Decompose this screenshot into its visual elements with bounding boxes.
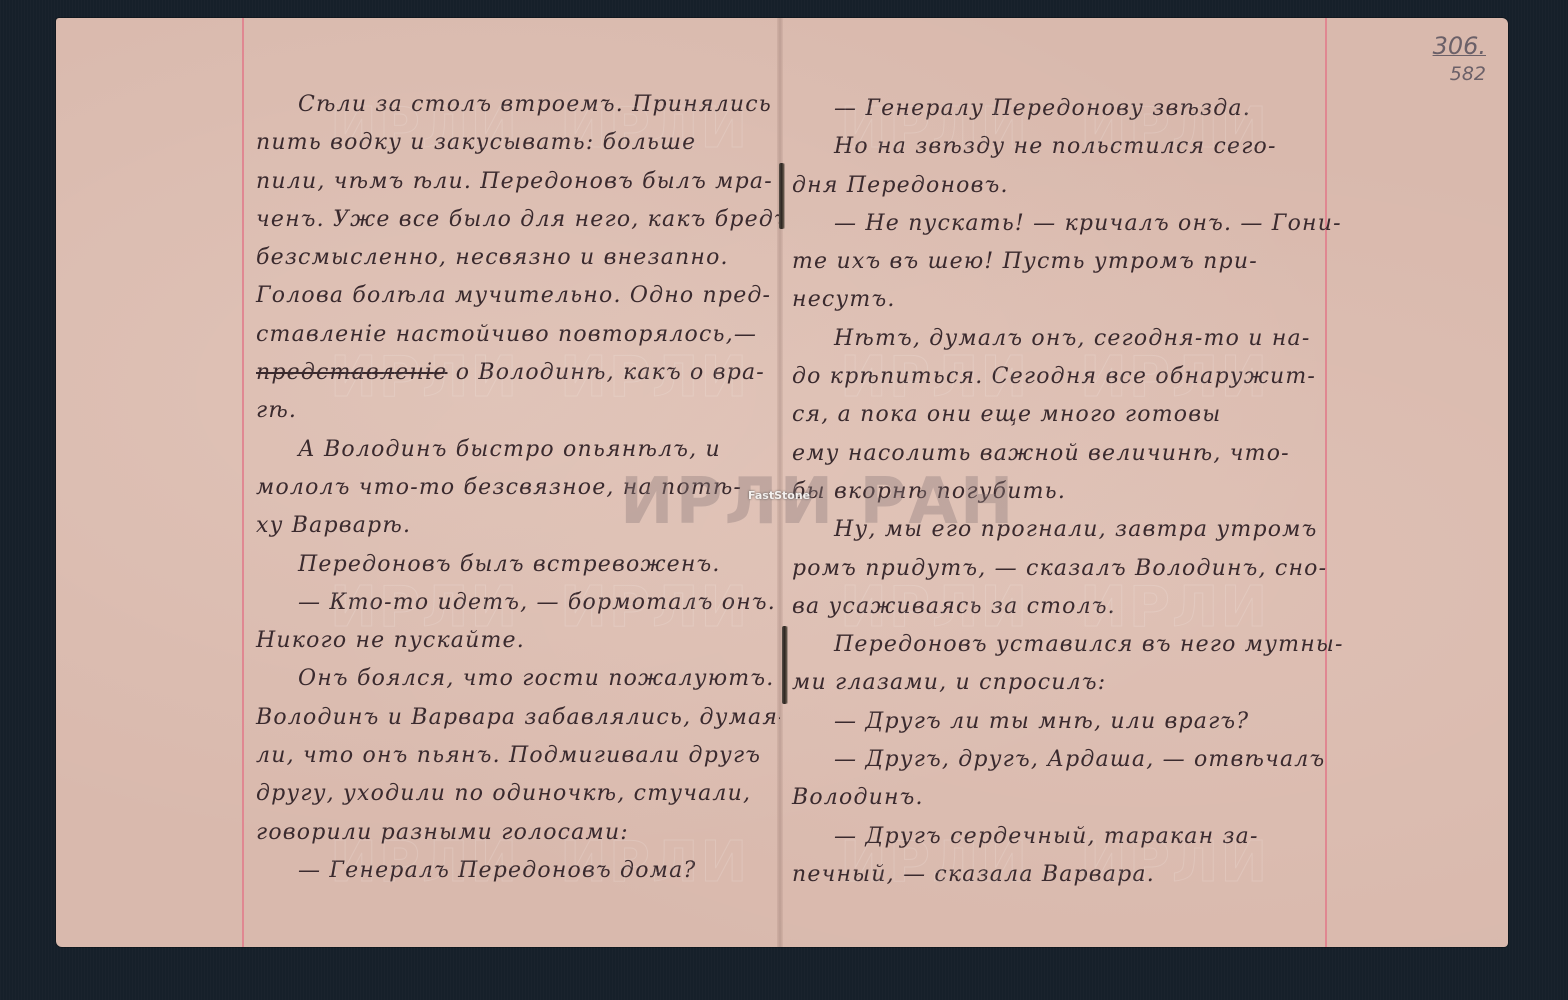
left-page-text: Сѣли за столъ втроемъ. Принялисьпить вод… bbox=[256, 86, 780, 890]
manuscript-line: до крѣпиться. Сегодня все обнаружит- bbox=[792, 358, 1322, 396]
manuscript-line: ставленіе настойчиво повторялось,— bbox=[256, 316, 780, 354]
manuscript-line: — Генералу Передонову звѣзда. bbox=[792, 90, 1322, 128]
manuscript-line: — Генералъ Передоновъ дома? bbox=[256, 852, 780, 890]
faststone-viewer-label: FastStone bbox=[748, 489, 810, 507]
manuscript-line: пили, чѣмъ ѣли. Передоновъ былъ мра- bbox=[256, 163, 780, 201]
manuscript-line: мололъ что-то безсвязное, на потѣ- bbox=[256, 469, 780, 507]
manuscript-line: другу, уходили по одиночкѣ, стучали, bbox=[256, 775, 780, 813]
manuscript-line: несутъ. bbox=[792, 281, 1322, 319]
notebook-spread: Сѣли за столъ втроемъ. Принялисьпить вод… bbox=[56, 18, 1508, 947]
manuscript-line: ва усаживаясь за столъ. bbox=[792, 588, 1322, 626]
manuscript-line: Сѣли за столъ втроемъ. Принялись bbox=[256, 86, 780, 124]
manuscript-line: ся, а пока они еще много готовы bbox=[792, 396, 1322, 434]
manuscript-line: А Володинъ быстро опьянѣлъ, и bbox=[256, 431, 780, 469]
staple-icon bbox=[779, 163, 784, 229]
manuscript-line: — Другъ сердечный, таракан за- bbox=[792, 818, 1322, 856]
right-page: — Генералу Передонову звѣзда.Но на звѣзд… bbox=[780, 18, 1508, 947]
manuscript-line: ху Варварѣ. bbox=[256, 507, 780, 545]
archive-folio-numbers: 306. 582 bbox=[1433, 32, 1486, 88]
red-margin-line bbox=[1325, 18, 1327, 947]
manuscript-line: ли, что онъ пьянъ. Подмигивали другъ bbox=[256, 737, 780, 775]
manuscript-line: ченъ. Уже все было для него, какъ бредъ, bbox=[256, 201, 780, 239]
manuscript-line: гѣ. bbox=[256, 392, 780, 430]
manuscript-line: безсмысленно, несвязно и внезапно. bbox=[256, 239, 780, 277]
manuscript-line: ромъ придутъ, — сказалъ Володинъ, сно- bbox=[792, 550, 1322, 588]
manuscript-line: Нѣтъ, думалъ онъ, сегодня-то и на- bbox=[792, 320, 1322, 358]
manuscript-line: Онъ боялся, что гости пожалуютъ. bbox=[256, 660, 780, 698]
line-text: о Володинѣ, какъ о вра- bbox=[448, 360, 765, 385]
manuscript-line: Но на звѣзду не польстился сего- bbox=[792, 128, 1322, 166]
manuscript-line: ми глазами, и спросилъ: bbox=[792, 664, 1322, 702]
manuscript-line: те ихъ въ шею! Пусть утромъ при- bbox=[792, 243, 1322, 281]
staple-icon bbox=[782, 626, 787, 704]
right-page-text: — Генералу Передонову звѣзда.Но на звѣзд… bbox=[792, 90, 1322, 894]
manuscript-line: Никого не пускайте. bbox=[256, 622, 780, 660]
folio-number-secondary: 582 bbox=[1433, 60, 1486, 88]
manuscript-line: говорили разными голосами: bbox=[256, 814, 780, 852]
manuscript-line: Ну, мы его прогнали, завтра утромъ bbox=[792, 511, 1322, 549]
struck-through-word: представленіе bbox=[256, 360, 448, 385]
manuscript-line: представленіе о Володинѣ, какъ о вра- bbox=[256, 354, 780, 392]
folio-number-primary: 306. bbox=[1433, 32, 1486, 60]
manuscript-line: — Другъ ли ты мнѣ, или врагъ? bbox=[792, 703, 1322, 741]
manuscript-line: бы вкорнѣ погубить. bbox=[792, 473, 1322, 511]
manuscript-line: — Кто-то идетъ, — бормоталъ онъ. — bbox=[256, 584, 780, 622]
manuscript-line: Передоновъ уставился въ него мутны- bbox=[792, 626, 1322, 664]
manuscript-line: Голова болѣла мучительно. Одно пред- bbox=[256, 277, 780, 315]
left-page: Сѣли за столъ втроемъ. Принялисьпить вод… bbox=[56, 18, 780, 947]
manuscript-line: ему насолить важной величинѣ, что- bbox=[792, 435, 1322, 473]
manuscript-line: дня Передоновъ. bbox=[792, 167, 1322, 205]
manuscript-line: Передоновъ былъ встревоженъ. bbox=[256, 546, 780, 584]
manuscript-line: — Другъ, другъ, Ардаша, — отвѣчалъ bbox=[792, 741, 1322, 779]
manuscript-line: Володинъ. bbox=[792, 779, 1322, 817]
red-margin-line bbox=[242, 18, 244, 947]
manuscript-line: Володинъ и Варвара забавлялись, думая- bbox=[256, 699, 780, 737]
manuscript-line: — Не пускать! — кричалъ онъ. — Гони- bbox=[792, 205, 1322, 243]
manuscript-line: пить водку и закусывать: больше bbox=[256, 124, 780, 162]
center-fold bbox=[777, 18, 783, 947]
manuscript-line: печный, — сказала Варвара. bbox=[792, 856, 1322, 894]
